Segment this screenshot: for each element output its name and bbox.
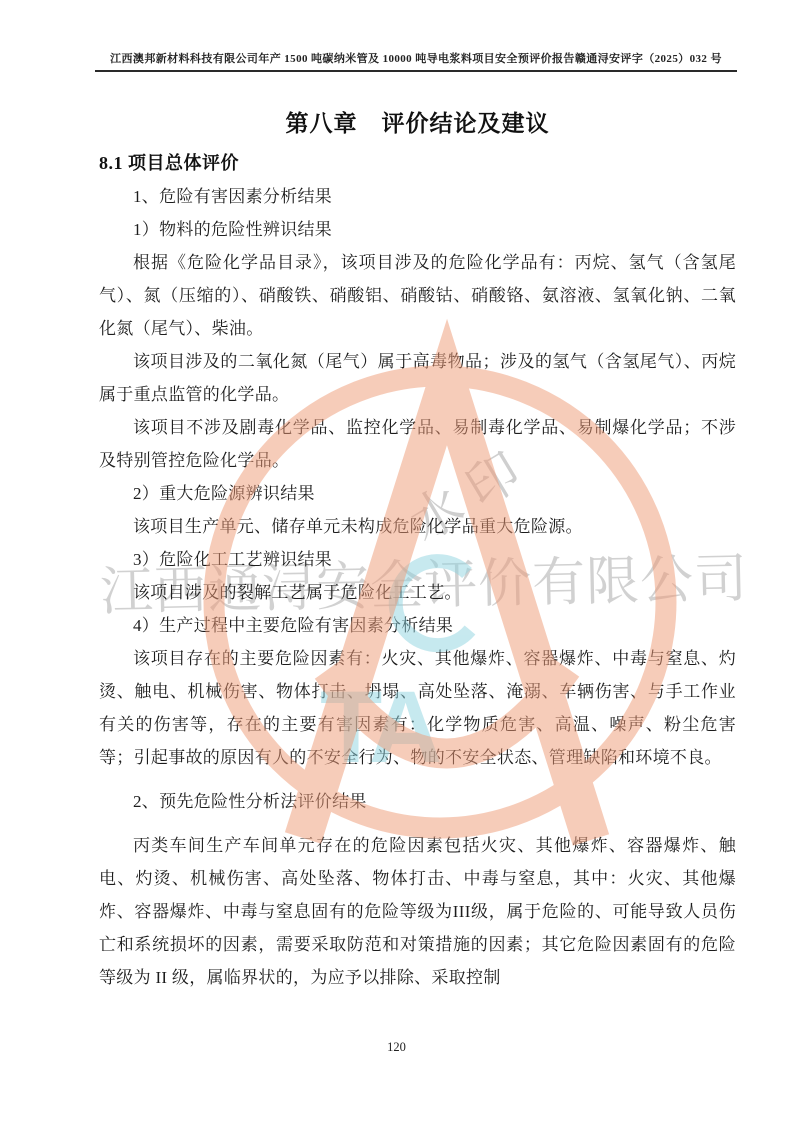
- paragraph: 该项目涉及的二氧化氮（尾气）属于高毒物品；涉及的氢气（含氢尾气）、丙烷属于重点监…: [99, 345, 736, 411]
- paragraph-list: 1、危险有害因素分析结果1）物料的危险性辨识结果根据《危险化学品目录》，该项目涉…: [99, 180, 736, 994]
- chapter-title: 第八章 评价结论及建议: [99, 108, 736, 138]
- page-number: 120: [0, 1040, 793, 1055]
- document-page: 江西通浔安全评价有限公司 水印 江西澳邦新材料科技有限公司年产 1500 吨碳纳…: [0, 0, 793, 1122]
- paragraph: 4）生产过程中主要危险有害因素分析结果: [99, 609, 736, 642]
- document-body: 第八章 评价结论及建议 8.1 项目总体评价 1、危险有害因素分析结果1）物料的…: [99, 92, 736, 994]
- document-header-line: 江西澳邦新材料科技有限公司年产 1500 吨碳纳米管及 10000 吨导电浆料项…: [95, 50, 737, 72]
- paragraph: 3）危险化工工艺辨识结果: [99, 543, 736, 576]
- paragraph: 1、危险有害因素分析结果: [99, 180, 736, 213]
- paragraph: 该项目生产单元、储存单元未构成危险化学品重大危险源。: [99, 510, 736, 543]
- paragraph: 该项目不涉及剧毒化学品、监控化学品、易制毒化学品、易制爆化学品；不涉及特别管控危…: [99, 411, 736, 477]
- paragraph: 丙类车间生产车间单元存在的危险因素包括火灾、其他爆炸、容器爆炸、触电、灼烫、机械…: [99, 829, 736, 994]
- paragraph: 该项目存在的主要危险因素有：火灾、其他爆炸、容器爆炸、中毒与窒息、灼烫、触电、机…: [99, 642, 736, 774]
- paragraph: 2）重大危险源辨识结果: [99, 477, 736, 510]
- section-title: 8.1 项目总体评价: [99, 150, 736, 176]
- paragraph: 该项目涉及的裂解工艺属于危险化工工艺。: [99, 576, 736, 609]
- paragraph: 根据《危险化学品目录》，该项目涉及的危险化学品有：丙烷、氢气（含氢尾气）、氮（压…: [99, 246, 736, 345]
- paragraph: 2、预先危险性分析法评价结果: [99, 785, 736, 818]
- paragraph: 1）物料的危险性辨识结果: [99, 213, 736, 246]
